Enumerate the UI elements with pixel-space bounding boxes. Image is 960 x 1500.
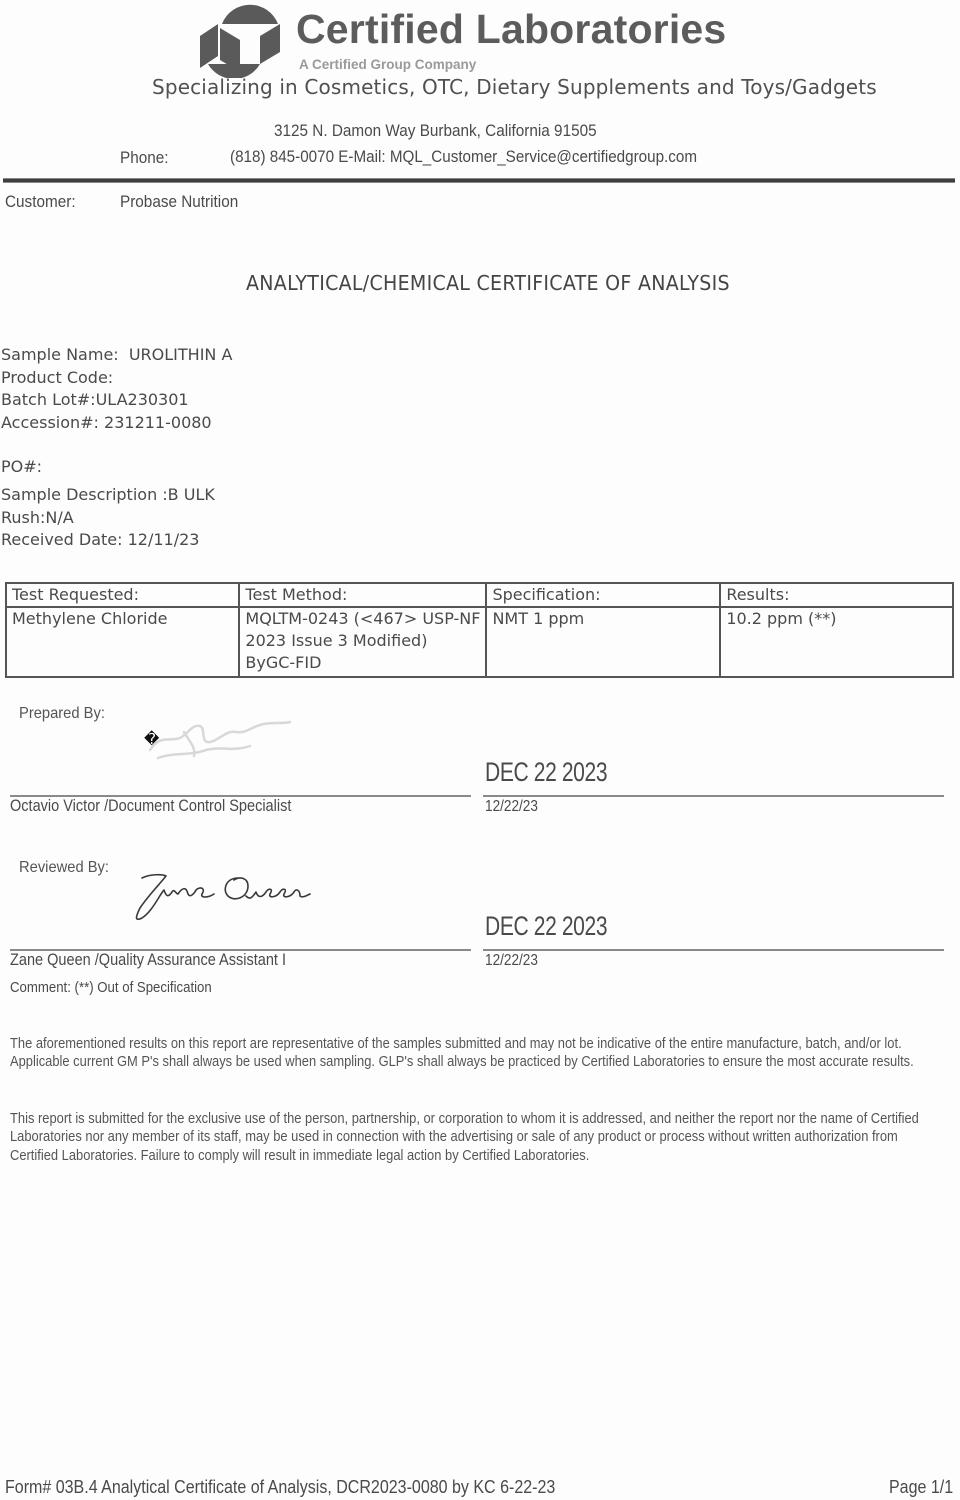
reviewed-date-stamp: DEC 22 2023 [485,911,607,942]
customer-label: Customer: [5,192,76,212]
reviewed-by-name-title: Zane Queen /Quality Assurance Assistant … [10,951,286,970]
header-results: Results: [720,583,953,607]
reviewed-date-line [483,949,944,951]
header-test-requested: Test Requested: [6,583,239,607]
cell-result: 10.2 ppm (**) [720,607,953,677]
prepared-date-stamp: DEC 22 2023 [485,757,607,788]
method-line: ByGC-FID [245,652,480,674]
comment-text: Comment: (**) Out of Specification [10,979,212,996]
sample-name: Sample Name: UROLITHIN A [1,344,232,367]
rush-status: Rush:N/A [1,507,232,530]
prepared-date: 12/22/23 [485,798,538,816]
accession-number: Accession#: 231211-0080 [1,412,232,435]
cell-test-method: MQLTM-0243 (<467> USP-NF 2023 Issue 3 Mo… [239,607,486,677]
prepared-date-line [483,795,944,797]
disclaimer-exclusive-use: This report is submitted for the exclusi… [10,1110,948,1165]
table-header-row: Test Requested: Test Method: Specificati… [6,583,953,607]
header-test-method: Test Method: [239,583,486,607]
po-number: PO#: [1,456,232,484]
reviewer-signature-icon [130,868,320,928]
document-title: ANALYTICAL/CHEMICAL CERTIFICATE OF ANALY… [246,271,730,295]
page-number: Page 1/1 [889,1477,953,1498]
batch-lot: Batch Lot#:ULA230301 [1,389,232,412]
reviewed-by-label: Reviewed By: [19,859,109,877]
table-row: Methylene Chloride MQLTM-0243 (<467> USP… [6,607,953,677]
prepared-by-label: Prepared By: [19,705,105,723]
company-tagline: Specializing in Cosmetics, OTC, Dietary … [152,75,877,99]
results-table: Test Requested: Test Method: Specificati… [5,582,954,678]
method-line: MQLTM-0243 (<467> USP-NF [245,608,480,630]
product-code: Product Code: [1,367,232,390]
disclaimer-representative-results: The aforementioned results on this repor… [10,1035,948,1072]
sample-description: Sample Description :B ULK [1,484,232,507]
phone-label: Phone: [120,148,169,168]
company-subtitle: A Certified Group Company [299,57,476,72]
phone-email-contact: (818) 845-0070 E-Mail: MQL_Customer_Serv… [230,147,697,167]
cell-test-requested: Methylene Chloride [6,607,239,677]
header-specification: Specification: [486,583,720,607]
company-name: Certified Laboratories [296,6,726,53]
customer-name: Probase Nutrition [120,192,238,212]
company-address: 3125 N. Damon Way Burbank, California 91… [274,121,597,141]
header-divider [3,178,955,183]
reviewed-date: 12/22/23 [485,952,538,970]
faint-signature-icon [140,712,295,767]
certified-labs-logo-icon [198,2,282,78]
method-line: 2023 Issue 3 Modified) [245,630,480,652]
prepared-by-name-title: Octavio Victor /Document Control Special… [10,797,291,816]
sample-info: Sample Name: UROLITHIN A Product Code: B… [1,344,232,552]
received-date: Received Date: 12/11/23 [1,529,232,552]
form-info: Form# 03B.4 Analytical Certificate of An… [5,1477,555,1498]
cell-specification: NMT 1 ppm [486,607,720,677]
